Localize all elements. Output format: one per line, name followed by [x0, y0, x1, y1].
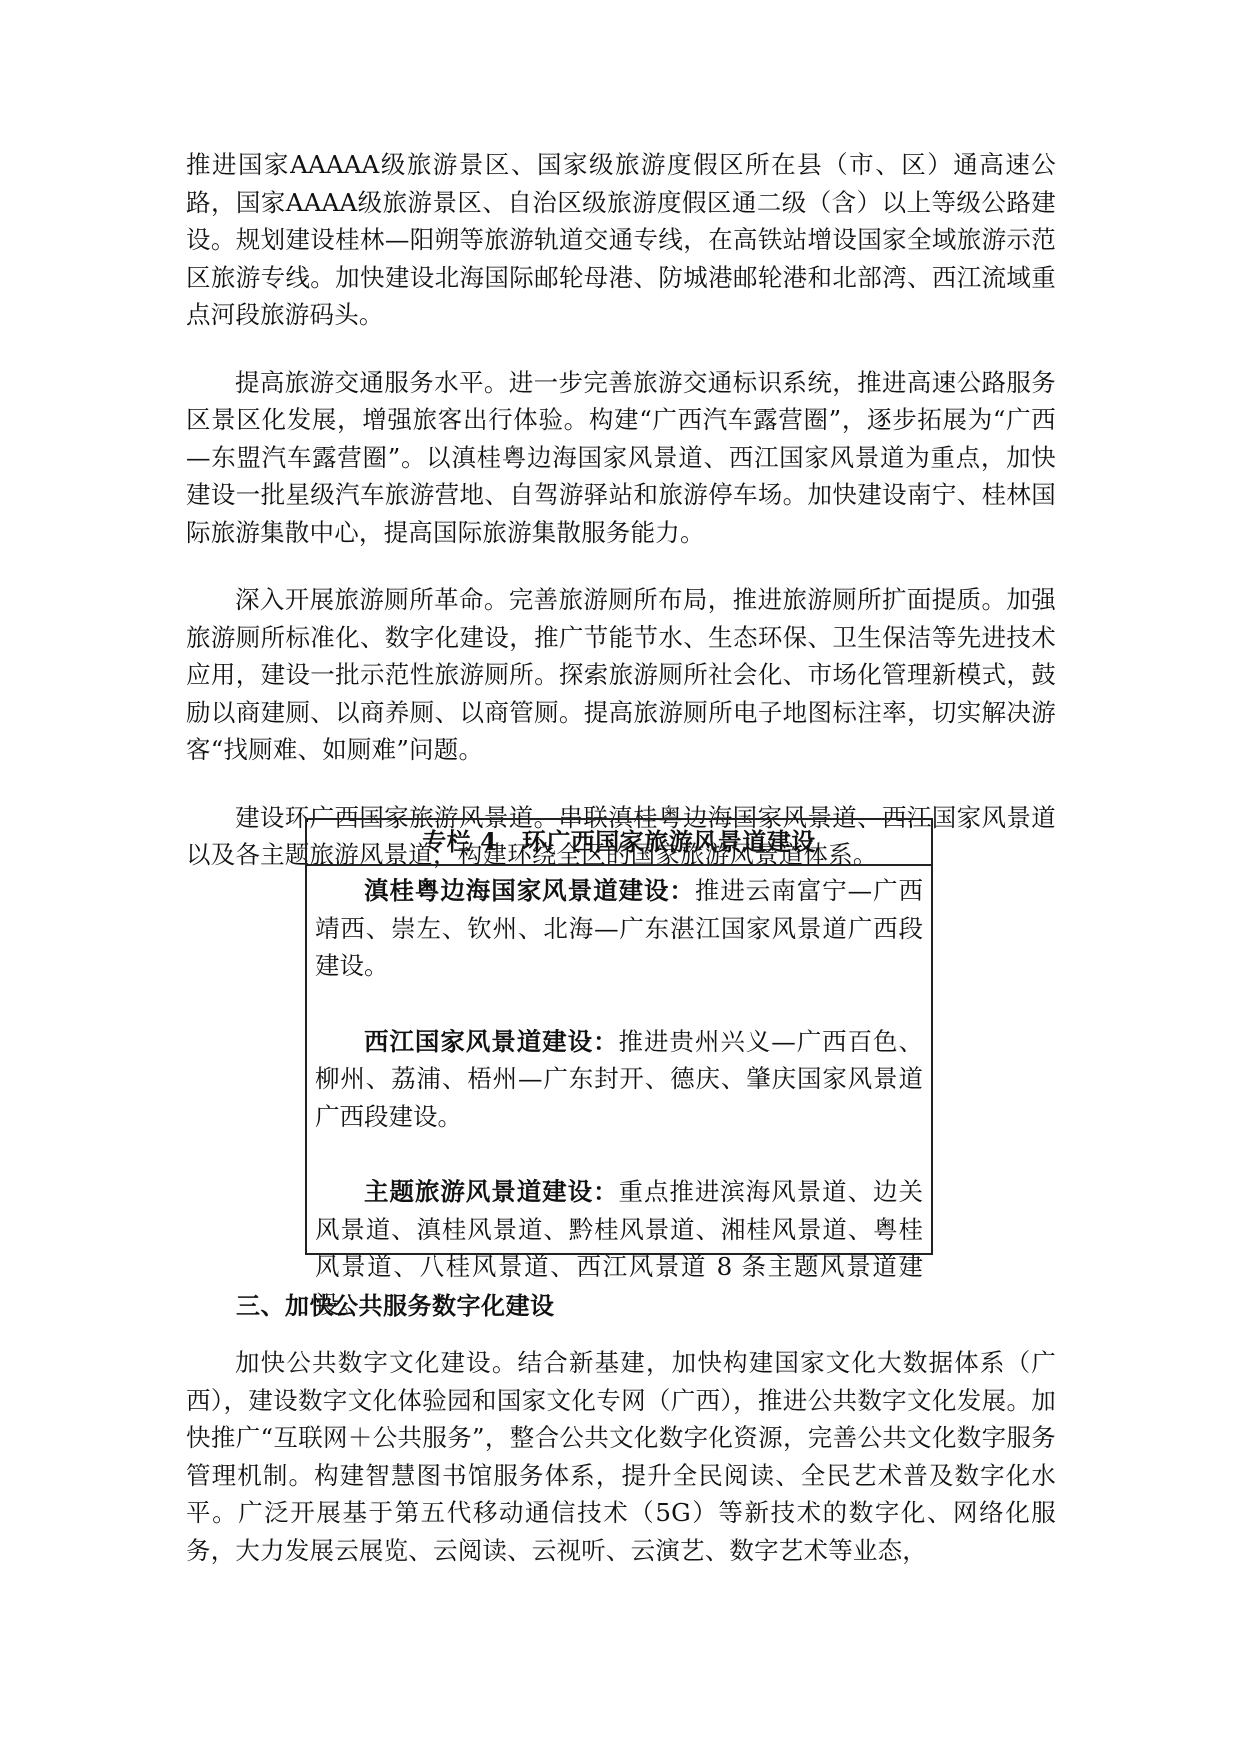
- paragraph-transport-roads: 推进国家AAAAA级旅游景区、国家级旅游度假区所在县（市、区）通高速公路，国家A…: [186, 146, 1056, 334]
- paragraph-gap: [186, 769, 1056, 799]
- box-item-heading: 主题旅游风景道建设：: [364, 1177, 619, 1206]
- box-item: 西江国家风景道建设：推进贵州兴义—广西百色、柳州、荔浦、梧州—广东封开、德庆、肇…: [315, 1023, 923, 1136]
- sidebar-box-column-4: 专栏 4 环广西国家旅游风景道建设 滇桂粤边海国家风景道建设：推进云南富宁—广西…: [305, 818, 933, 1255]
- body-text-top: 推进国家AAAAA级旅游景区、国家级旅游度假区所在县（市、区）通高速公路，国家A…: [186, 146, 1056, 874]
- paragraph-transport-service: 提高旅游交通服务水平。进一步完善旅游交通标识系统，推进高速公路服务区景区化发展，…: [186, 364, 1056, 552]
- box-item-heading: 滇桂粤边海国家风景道建设：: [364, 876, 695, 905]
- paragraph-digital-culture: 加快公共数字文化建设。结合新基建，加快构建国家文化大数据体系（广西），建设数字文…: [186, 1344, 1056, 1569]
- paragraph-gap: [186, 334, 1056, 364]
- section-heading: 三、加快公共服务数字化建设: [236, 1286, 555, 1321]
- paragraph-gap: [186, 551, 1056, 581]
- box-item: 滇桂粤边海国家风景道建设：推进云南富宁—广西靖西、崇左、钦州、北海—广东湛江国家…: [315, 872, 923, 985]
- box-title: 专栏 4 环广西国家旅游风景道建设: [307, 820, 931, 866]
- box-body: 滇桂粤边海国家风景道建设：推进云南富宁—广西靖西、崇左、钦州、北海—广东湛江国家…: [307, 866, 931, 1323]
- paragraph-toilet-revolution: 深入开展旅游厕所革命。完善旅游厕所布局，推进旅游厕所扩面提质。加强旅游厕所标准化…: [186, 581, 1056, 769]
- box-item-heading: 西江国家风景道建设：: [364, 1027, 619, 1056]
- body-text-bottom: 加快公共数字文化建设。结合新基建，加快构建国家文化大数据体系（广西），建设数字文…: [186, 1344, 1056, 1569]
